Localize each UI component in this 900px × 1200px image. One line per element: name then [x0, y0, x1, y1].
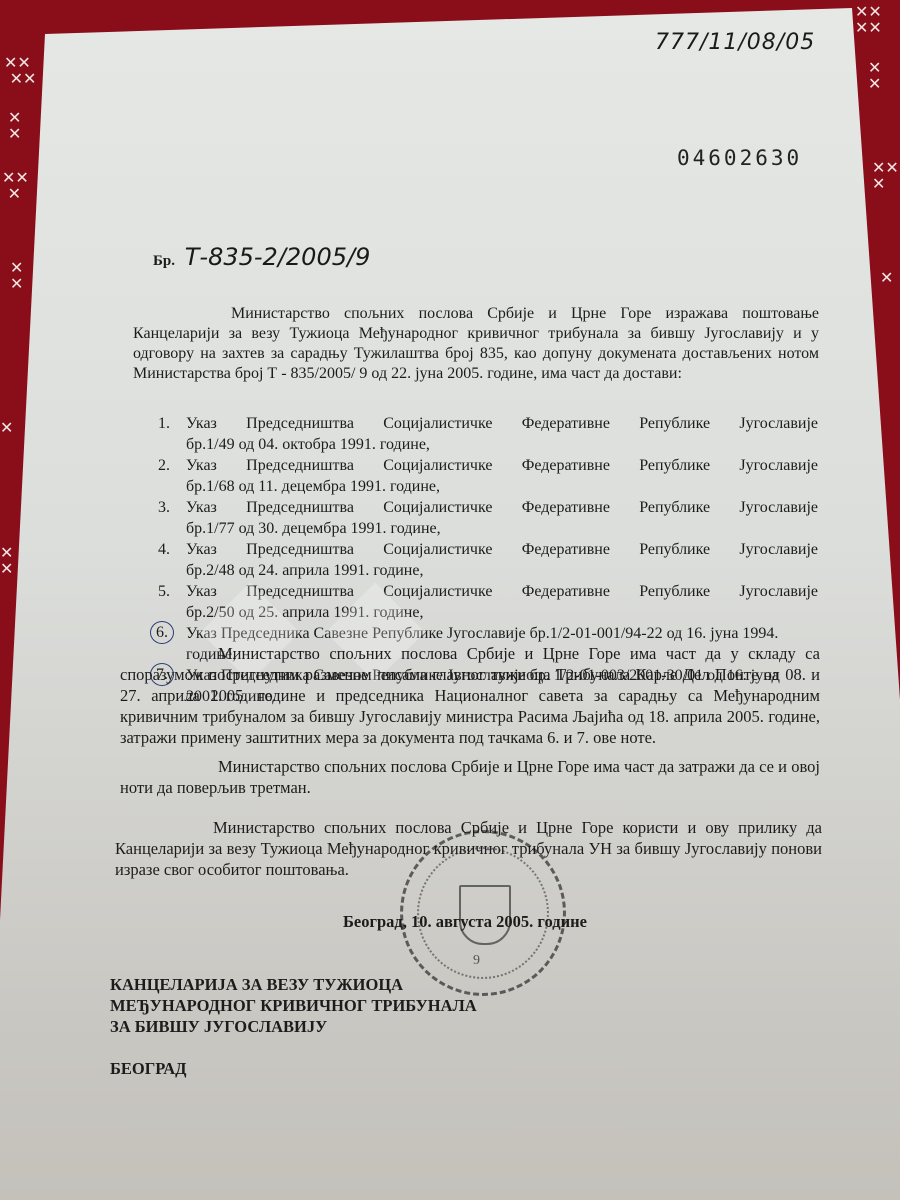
- addressee-line: ЗА БИВШУ ЈУГОСЛАВИЈУ: [110, 1016, 477, 1037]
- item-number: 4.: [158, 539, 170, 560]
- item-number: 1.: [158, 413, 170, 434]
- cross-stitch-pattern: ✕✕✕: [872, 160, 899, 192]
- cross-stitch-pattern: ✕: [880, 270, 893, 286]
- item-number: 5.: [158, 581, 170, 602]
- item-number: 2.: [158, 455, 170, 476]
- cross-stitch-pattern: ✕✕: [868, 60, 881, 92]
- document-number: 04602630: [677, 146, 802, 170]
- item-detail-line: бр.1/68 од 11. децембра 1991. године,: [186, 476, 818, 497]
- addressee-city: БЕОГРАД: [110, 1058, 186, 1079]
- item-title-line: УказПредседништваСоцијалистичкеФедератив…: [186, 413, 818, 434]
- paragraph-confidential: Министарство спољних послова Србије и Цр…: [120, 756, 820, 798]
- cross-stitch-pattern: ✕✕ ✕✕: [4, 55, 36, 87]
- paragraph-intro: Министарство спољних послова Србије и Цр…: [133, 304, 819, 384]
- cross-stitch-pattern: ✕✕: [0, 545, 13, 577]
- cross-stitch-pattern: ✕✕ ✕: [2, 170, 29, 202]
- cross-stitch-pattern: ✕✕✕✕: [855, 4, 882, 36]
- item-title-line: УказПредседништваСоцијалистичкеФедератив…: [186, 455, 818, 476]
- cross-stitch-pattern: ✕: [0, 420, 13, 436]
- item-detail-line: бр.1/49 од 04. октобра 1991. године,: [186, 434, 818, 455]
- addressee-line: МЕЂУНАРОДНОГ КРИВИЧНОГ ТРИБУНАЛА: [110, 995, 477, 1016]
- reference-label: Бр.: [153, 253, 175, 269]
- handwritten-reference-top: 777/11/08/05: [655, 30, 815, 55]
- item-title-line: УказПредседништваСоцијалистичкеФедератив…: [186, 497, 818, 518]
- document-paper: 777/11/08/05 04602630 Бр. Т-835-2/2005/9…: [0, 0, 900, 1200]
- seal-number: 9: [473, 953, 480, 969]
- cross-stitch-pattern: ✕✕: [8, 110, 21, 142]
- reference-line: Бр. Т-835-2/2005/9: [153, 243, 370, 271]
- cross-stitch-pattern: ✕✕: [10, 260, 23, 292]
- circled-item-number: 6.: [150, 621, 174, 644]
- list-item: 3.УказПредседништваСоцијалистичкеФедерат…: [158, 497, 818, 539]
- paragraph-protective-measures: Министарство спољних послова Србије и Цр…: [120, 643, 820, 748]
- place-and-date: Београд, 10. августа 2005. године: [343, 912, 587, 932]
- list-item: 1.УказПредседништваСоцијалистичкеФедерат…: [158, 413, 818, 455]
- reference-handwritten-value: Т-835-2/2005/9: [185, 243, 371, 271]
- list-item: 2.УказПредседништваСоцијалистичкеФедерат…: [158, 455, 818, 497]
- item-number: 3.: [158, 497, 170, 518]
- addressee-block: КАНЦЕЛАРИЈА ЗА ВЕЗУ ТУЖИОЦА МЕЂУНАРОДНОГ…: [110, 974, 477, 1037]
- addressee-line: КАНЦЕЛАРИЈА ЗА ВЕЗУ ТУЖИОЦА: [110, 974, 477, 995]
- item-detail-line: бр.1/77 од 30. децембра 1991. године,: [186, 518, 818, 539]
